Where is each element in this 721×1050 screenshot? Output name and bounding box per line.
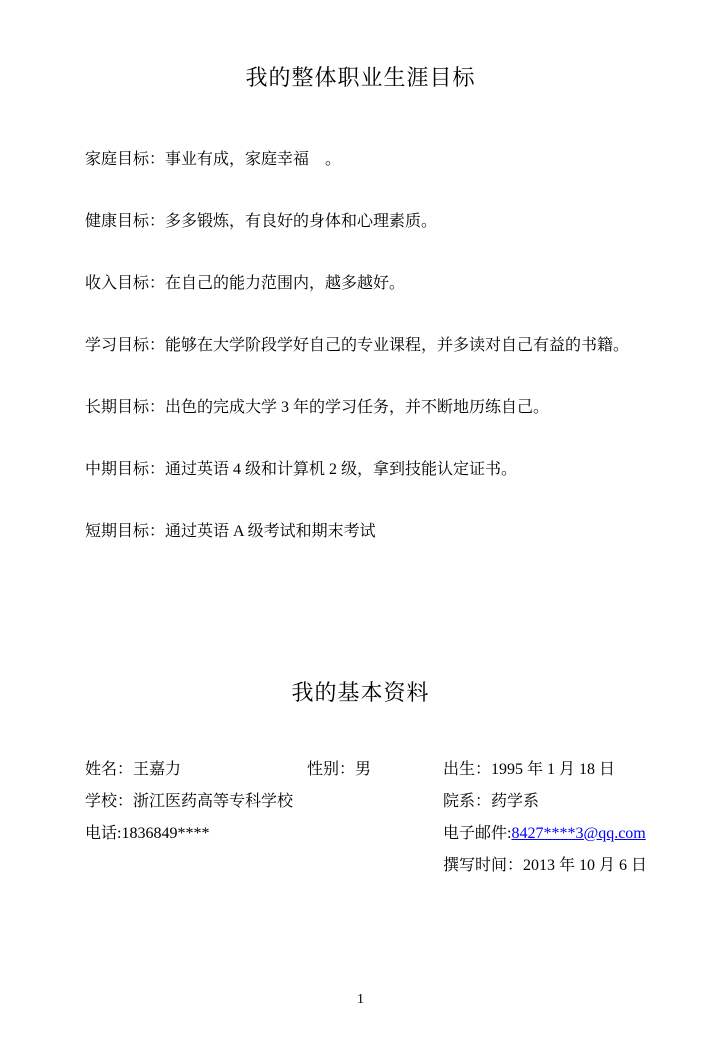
phone-value: 1836849**** (121, 825, 209, 842)
gender-label: 性别： (307, 761, 355, 778)
info-row-1: 姓名：王嘉力 性别：男 出生：1995 年 1 月 18 日 (85, 759, 675, 781)
name-label: 姓名： (85, 761, 133, 778)
page-footer: 1 (0, 992, 721, 1008)
birth-label: 出生： (443, 761, 491, 778)
school-value: 浙江医药高等专科学校 (133, 793, 293, 810)
department-field: 院系：药学系 (443, 791, 675, 813)
written-date-field: 撰写时间：2013 年 10 月 6 日 (443, 855, 675, 877)
info-row-2: 学校：浙江医药高等专科学校 院系：药学系 (85, 791, 675, 813)
info-row-4-spacer (85, 855, 443, 877)
department-value: 药学系 (491, 793, 539, 810)
school-field: 学校：浙江医药高等专科学校 (85, 791, 443, 813)
page-number: 1 (357, 992, 364, 1007)
email-field: 电子邮件:8427****3@qq.com (443, 823, 675, 845)
goal-line-income: 收入目标：在自己的能力范围内，越多越好。 (85, 274, 671, 294)
school-label: 学校： (85, 793, 133, 810)
gender-field: 性别：男 (307, 759, 443, 781)
goals-section-title: 我的整体职业生涯目标 (0, 66, 721, 90)
goals-list: 家庭目标：事业有成，家庭幸福 。 健康目标：多多锻炼，有良好的身体和心理素质。 … (85, 150, 671, 584)
written-date-label: 撰写时间： (443, 857, 523, 874)
written-date-value: 2013 年 10 月 6 日 (523, 857, 647, 874)
goal-line-shortterm: 短期目标：通过英语 A 级考试和期末考试 (85, 522, 671, 542)
gender-value: 男 (355, 761, 371, 778)
goal-line-family: 家庭目标：事业有成，家庭幸福 。 (85, 150, 671, 170)
goal-line-longterm: 长期目标：出色的完成大学 3 年的学习任务，并不断地历练自己。 (85, 398, 671, 418)
goal-line-health: 健康目标：多多锻炼，有良好的身体和心理素质。 (85, 212, 671, 232)
document-page: 我的整体职业生涯目标 家庭目标：事业有成，家庭幸福 。 健康目标：多多锻炼，有良… (0, 0, 721, 1050)
birth-field: 出生：1995 年 1 月 18 日 (443, 759, 675, 781)
email-label: 电子邮件: (443, 825, 511, 842)
goal-line-study: 学习目标：能够在大学阶段学好自己的专业课程，并多读对自己有益的书籍。 (85, 336, 671, 356)
info-row-3: 电话:1836849**** 电子邮件:8427****3@qq.com (85, 823, 675, 845)
name-value: 王嘉力 (133, 761, 181, 778)
basic-info-block: 姓名：王嘉力 性别：男 出生：1995 年 1 月 18 日 学校：浙江医药高等… (85, 759, 675, 887)
info-section-title: 我的基本资料 (0, 681, 721, 705)
phone-label: 电话: (85, 825, 121, 842)
phone-field: 电话:1836849**** (85, 823, 443, 845)
birth-value: 1995 年 1 月 18 日 (491, 761, 615, 778)
email-link[interactable]: 8427****3@qq.com (511, 825, 645, 842)
name-field: 姓名：王嘉力 (85, 759, 307, 781)
info-row-4: 撰写时间：2013 年 10 月 6 日 (85, 855, 675, 877)
goal-line-midterm: 中期目标：通过英语 4 级和计算机 2 级，拿到技能认定证书。 (85, 460, 671, 480)
department-label: 院系： (443, 793, 491, 810)
